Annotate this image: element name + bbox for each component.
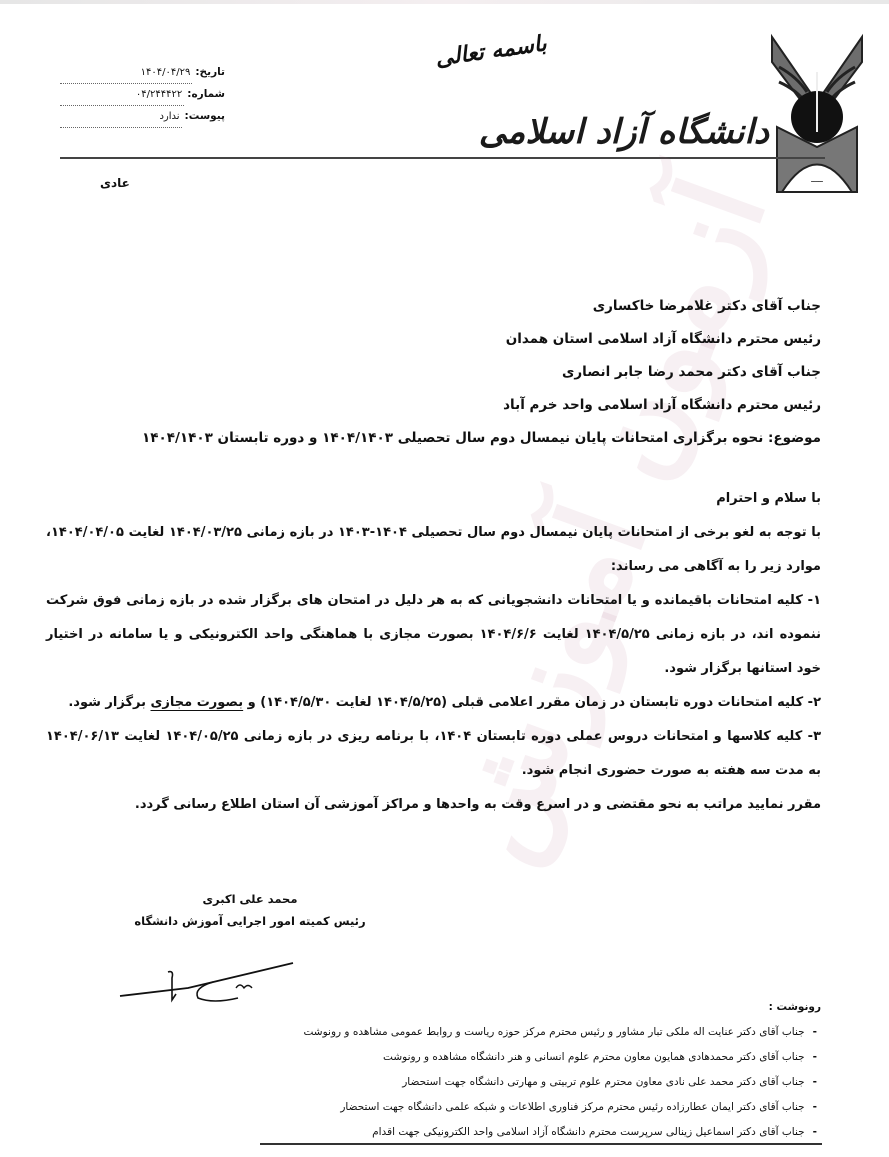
cc-title: رونوشت : bbox=[121, 995, 821, 1020]
header-divider bbox=[60, 157, 825, 159]
classification-badge: عادی bbox=[100, 176, 130, 190]
subject-line: موضوع: نحوه برگزاری امتحانات پایان نیمسا… bbox=[61, 422, 821, 455]
letter-meta: تاریخ: ۱۴۰۴/۰۴/۲۹ شماره: ۰۴/۲۴۴۴۲۲ پیوست… bbox=[60, 62, 225, 128]
item-3-text-b: انجام شود. bbox=[522, 763, 592, 778]
cc-item: -جناب آقای دکتر ایمان عطارزاده رئیس محتر… bbox=[121, 1095, 821, 1120]
greeting: با سلام و احترام bbox=[46, 482, 821, 516]
item-2-underlined: بصورت مجازی bbox=[151, 695, 244, 710]
cc-item-text: جناب آقای دکتر عنایت اله ملکی تبار مشاور… bbox=[303, 1026, 804, 1038]
list-dash: - bbox=[813, 1101, 817, 1113]
list-dash: - bbox=[813, 1076, 817, 1088]
addressee-block: جناب آقای دکتر غلامرضا خاکساری رئیس محتر… bbox=[61, 290, 821, 455]
list-dash: - bbox=[813, 1126, 817, 1138]
item-1: ۱- کلیه امتحانات باقیمانده و یا امتحانات… bbox=[46, 584, 821, 686]
date-row: تاریخ: ۱۴۰۴/۰۴/۲۹ bbox=[60, 62, 225, 84]
item-2: ۲- کلیه امتحانات دوره تابستان در زمان مق… bbox=[46, 686, 821, 720]
addressee-line: جناب آقای دکتر محمد رضا جابر انصاری bbox=[61, 356, 821, 389]
list-dash: - bbox=[813, 1026, 817, 1038]
number-label: شماره: bbox=[187, 84, 225, 105]
item-3-emphasis: به صورت حضوری bbox=[596, 763, 709, 778]
item-2-text-a: ۲- کلیه امتحانات دوره تابستان در زمان مق… bbox=[248, 695, 821, 710]
cc-item: -جناب آقای دکتر اسماعیل زینالی سرپرست مح… bbox=[121, 1120, 821, 1145]
university-name: دانشگاه آزاد اسلامی bbox=[479, 112, 769, 152]
signer-title: رئیس کمیته امور اجرایی آموزش دانشگاه bbox=[120, 910, 380, 932]
cc-item-text: جناب آقای دکتر محمد علی نادی معاون محترم… bbox=[402, 1076, 804, 1088]
addressee-line: رئیس محترم دانشگاه آزاد اسلامی استان همد… bbox=[61, 323, 821, 356]
letter-body: با سلام و احترام با توجه به لغو برخی از … bbox=[46, 482, 821, 822]
signer-block: محمد علی اکبری رئیس کمیته امور اجرایی آم… bbox=[120, 888, 380, 932]
cc-item: -جناب آقای دکتر محمد علی نادی معاون محتر… bbox=[121, 1070, 821, 1095]
list-dash: - bbox=[813, 1051, 817, 1063]
item-1-emphasis: بصورت مجازی bbox=[379, 627, 473, 642]
attachment-value: ندارد bbox=[60, 106, 182, 128]
cc-list: رونوشت : -جناب آقای دکتر عنایت اله ملکی … bbox=[121, 995, 821, 1145]
date-label: تاریخ: bbox=[195, 62, 225, 83]
cc-item-text: جناب آقای دکتر اسماعیل زینالی سرپرست محت… bbox=[372, 1126, 805, 1138]
svg-text:ـــــ: ـــــ bbox=[810, 175, 823, 184]
cc-item: -جناب آقای دکتر عنایت اله ملکی تبار مشاو… bbox=[121, 1020, 821, 1045]
closing-paragraph: مقرر نمایید مراتب به نحو مقتضی و در اسرع… bbox=[46, 788, 821, 822]
intro-paragraph: با توجه به لغو برخی از امتحانات پایان نی… bbox=[46, 516, 821, 584]
footer-divider bbox=[260, 1143, 822, 1145]
item-3: ۳- کلیه کلاسها و امتحانات دروس عملی دوره… bbox=[46, 720, 821, 788]
number-value: ۰۴/۲۴۴۴۲۲ bbox=[60, 84, 184, 106]
number-row: شماره: ۰۴/۲۴۴۴۲۲ bbox=[60, 84, 225, 106]
signer-name: محمد علی اکبری bbox=[120, 888, 380, 910]
scan-top-edge bbox=[0, 0, 889, 4]
cc-item-text: جناب آقای دکتر ایمان عطارزاده رئیس محترم… bbox=[340, 1101, 804, 1113]
cc-item-text: جناب آقای دکتر محمدهادی همایون معاون محت… bbox=[383, 1051, 805, 1063]
item-2-text-b: برگزار شود. bbox=[68, 695, 146, 710]
cc-item: -جناب آقای دکتر محمدهادی همایون معاون مح… bbox=[121, 1045, 821, 1070]
invocation: باسمه تعالی bbox=[434, 30, 548, 71]
attachment-row: پیوست: ندارد bbox=[60, 106, 225, 128]
addressee-line: جناب آقای دکتر غلامرضا خاکساری bbox=[61, 290, 821, 323]
azad-university-logo-icon: ـــــ bbox=[767, 32, 867, 197]
date-value: ۱۴۰۴/۰۴/۲۹ bbox=[60, 62, 192, 84]
addressee-line: رئیس محترم دانشگاه آزاد اسلامی واحد خرم … bbox=[61, 389, 821, 422]
attachment-label: پیوست: bbox=[185, 106, 225, 127]
